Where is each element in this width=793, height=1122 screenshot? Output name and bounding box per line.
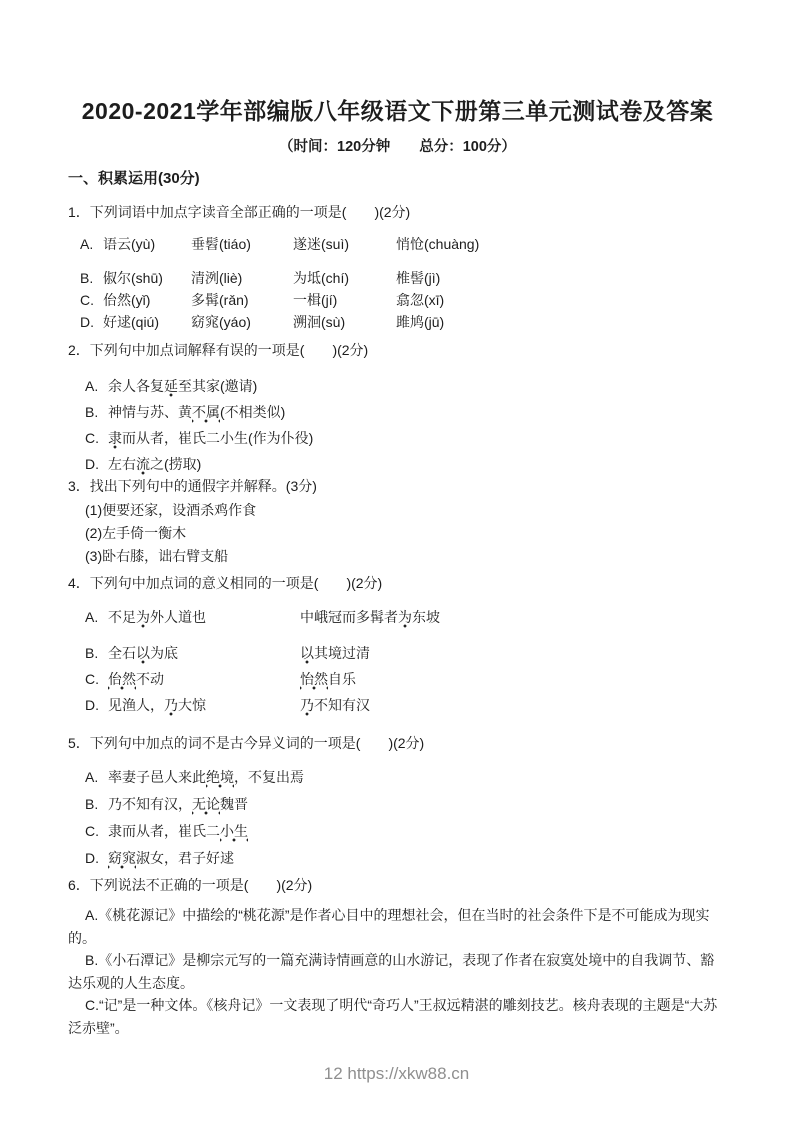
q1-cell: 清洌(liè) <box>191 267 293 289</box>
option-label: B. <box>85 640 108 666</box>
q5-option-d: D.窈窕淑女，君子好逑 <box>68 845 727 872</box>
q5-stem: 5．下列句中加点的词不是古今异义词的一项是( )(2分) <box>68 734 727 752</box>
dotted-word: 为 <box>136 609 150 628</box>
phrase-1: 佁然不动 <box>108 666 300 692</box>
q2-option-c: C.隶而从者，崔氏二小生(作为仆役) <box>68 425 727 451</box>
q4-stem: 4．下列句中加点词的意义相同的一项是( )(2分) <box>68 574 727 592</box>
phrase-1: 不足为外人道也 <box>108 604 300 630</box>
dotted-word: 无论 <box>192 796 220 815</box>
dotted-word: 不属 <box>192 404 220 423</box>
option-label: B. <box>85 399 108 425</box>
dotted-word: 乃 <box>164 697 178 716</box>
q5-options: A.率妻子邑人来此绝境，不复出焉 B.乃不知有汉，无论魏晋 C.隶而从者，崔氏二… <box>68 764 727 872</box>
q1-cell: 俶尔(shū) <box>103 267 191 289</box>
q1-cell: 溯洄(sù) <box>293 311 396 333</box>
q1-option-b: B. 俶尔(shū) 清洌(liè) 为坻(chí) 椎髻(jì) <box>68 267 727 289</box>
option-text: 率妻子邑人来此 <box>108 769 206 785</box>
section-heading: 一、积累运用(30分) <box>68 169 727 189</box>
option-text: 至其家(邀请) <box>178 378 257 394</box>
q3-stem: 3．找出下列句中的通假字并解释。(3分) <box>68 477 727 495</box>
option-text: 乃不知有汉， <box>108 796 192 812</box>
phrase-1: 见渔人，乃大惊 <box>108 692 300 718</box>
q1-cell: 语云(yù) <box>103 233 191 255</box>
phrase-2: 以其境过清 <box>300 640 727 666</box>
option-label: A. <box>80 233 103 255</box>
option-text: (不相类似) <box>220 404 285 420</box>
option-label: D. <box>85 845 108 872</box>
q1-cell: 遂迷(suì) <box>293 233 396 255</box>
q6-options: A.《桃花源记》中描绘的“桃花源”是作者心目中的理想社会，但在当时的社会条件下是… <box>68 904 727 1039</box>
option-text: 淑女，君子好逑 <box>136 850 234 866</box>
dotted-word: 流 <box>136 456 150 475</box>
q2-stem: 2．下列句中加点词解释有误的一项是( )(2分) <box>68 341 727 359</box>
q2-option-a: A.余人各复延至其家(邀请) <box>68 373 727 399</box>
page-footer: 12 https://xkw88.cn <box>0 1063 793 1085</box>
page-title: 2020-2021学年部编版八年级语文下册第三单元测试卷及答案 <box>68 96 727 126</box>
q1-stem: 1．下列词语中加点字读音全部正确的一项是( )(2分) <box>68 203 727 221</box>
q3-item-3: (3)卧右膝，诎右臂支船 <box>68 545 727 568</box>
q1-cell: 垂髫(tiáo) <box>191 233 293 255</box>
dotted-word: 以 <box>136 645 150 664</box>
q1-cell: 为坻(chí) <box>293 267 396 289</box>
q4-option-b: B. 全石以为底 以其境过清 <box>68 640 727 666</box>
option-text: 之(捞取) <box>150 456 201 472</box>
option-label: D. <box>80 311 103 333</box>
dotted-word: 为 <box>398 609 412 628</box>
option-label: C. <box>85 818 108 845</box>
q1-options: A. 语云(yù) 垂髫(tiáo) 遂迷(suì) 悄怆(chuàng) B.… <box>68 233 727 333</box>
dotted-word: 以 <box>300 645 314 664</box>
exam-meta: （时间：120分钟 总分：100分） <box>68 138 727 157</box>
q1-cell: 翕忽(xī) <box>396 289 727 311</box>
option-label: D. <box>85 692 108 718</box>
option-label: A. <box>85 373 108 399</box>
phrase-2: 乃不知有汉 <box>300 692 727 718</box>
option-label: C. <box>85 666 108 692</box>
option-text: 左右 <box>108 456 136 472</box>
dotted-word: 佁然 <box>108 671 136 690</box>
q2-options: A.余人各复延至其家(邀请) B.神情与苏、黄不属(不相类似) C.隶而从者，崔… <box>68 373 727 477</box>
q2-option-b: B.神情与苏、黄不属(不相类似) <box>68 399 727 425</box>
q4-option-d: D. 见渔人，乃大惊 乃不知有汉 <box>68 692 727 718</box>
q2-option-d: D.左右流之(捞取) <box>68 451 727 477</box>
option-text: 而从者，崔氏二小生(作为仆役) <box>122 430 313 446</box>
option-text: 魏晋 <box>220 796 248 812</box>
q1-cell: 雎鸠(jū) <box>396 311 727 333</box>
q5-option-b: B.乃不知有汉，无论魏晋 <box>68 791 727 818</box>
q3-item-1: (1)便要还家，设酒杀鸡作食 <box>68 499 727 522</box>
phrase-1: 全石以为底 <box>108 640 300 666</box>
q1-cell: 多髯(rǎn) <box>191 289 293 311</box>
dotted-word: 延 <box>164 378 178 397</box>
q1-cell: 佁然(yǐ) <box>103 289 191 311</box>
dotted-word: 隶 <box>108 430 122 449</box>
option-label: D. <box>85 451 108 477</box>
q1-cell: 一楫(jí) <box>293 289 396 311</box>
q6-option-b: B.《小石潭记》是柳宗元写的一篇充满诗情画意的山水游记，表现了作者在寂寞处境中的… <box>68 949 727 994</box>
q6-option-a: A.《桃花源记》中描绘的“桃花源”是作者心目中的理想社会，但在当时的社会条件下是… <box>68 904 727 949</box>
q6-stem: 6．下列说法不正确的一项是( )(2分) <box>68 876 727 894</box>
option-label: A. <box>85 604 108 630</box>
test-paper-page: 2020-2021学年部编版八年级语文下册第三单元测试卷及答案 （时间：120分… <box>0 0 793 1122</box>
q1-option-a: A. 语云(yù) 垂髫(tiáo) 遂迷(suì) 悄怆(chuàng) <box>68 233 727 255</box>
phrase-2: 怡然自乐 <box>300 666 727 692</box>
q1-option-d: D. 好逑(qiú) 窈窕(yáo) 溯洄(sù) 雎鸠(jū) <box>68 311 727 333</box>
option-text: 余人各复 <box>108 378 164 394</box>
dotted-word: 怡然 <box>300 671 328 690</box>
q4-option-c: C. 佁然不动 怡然自乐 <box>68 666 727 692</box>
option-label: B. <box>80 267 103 289</box>
dotted-word: 窈窕 <box>108 850 136 869</box>
q5-option-a: A.率妻子邑人来此绝境，不复出焉 <box>68 764 727 791</box>
option-label: A. <box>85 764 108 791</box>
q4-option-a: A. 不足为外人道也 中峨冠而多髯者为东坡 <box>68 604 727 630</box>
option-label: C. <box>85 425 108 451</box>
phrase-2: 中峨冠而多髯者为东坡 <box>300 604 727 630</box>
q1-cell: 窈窕(yáo) <box>191 311 293 333</box>
q4-options: A. 不足为外人道也 中峨冠而多髯者为东坡 B. 全石以为底 以其境过清 C. … <box>68 604 727 718</box>
q1-cell: 悄怆(chuàng) <box>396 233 727 255</box>
dotted-word: 绝境 <box>206 769 234 788</box>
option-label: B. <box>85 791 108 818</box>
q1-cell: 椎髻(jì) <box>396 267 727 289</box>
q3-items: (1)便要还家，设酒杀鸡作食 (2)左手倚一衡木 (3)卧右膝，诎右臂支船 <box>68 499 727 568</box>
dotted-word: 乃 <box>300 697 314 716</box>
q3-item-2: (2)左手倚一衡木 <box>68 522 727 545</box>
option-text: 神情与苏、黄 <box>108 404 192 420</box>
option-label: C. <box>80 289 103 311</box>
q1-cell: 好逑(qiú) <box>103 311 191 333</box>
q6-option-c: C.“记”是一种文体。《核舟记》一文表现了明代“奇巧人”王叔远精湛的雕刻技艺。核… <box>68 994 727 1039</box>
option-text: 隶而从者，崔氏二 <box>108 823 220 839</box>
q5-option-c: C.隶而从者，崔氏二小生 <box>68 818 727 845</box>
option-text: ，不复出焉 <box>234 769 304 785</box>
q1-option-c: C. 佁然(yǐ) 多髯(rǎn) 一楫(jí) 翕忽(xī) <box>68 289 727 311</box>
dotted-word: 小生 <box>220 823 248 842</box>
